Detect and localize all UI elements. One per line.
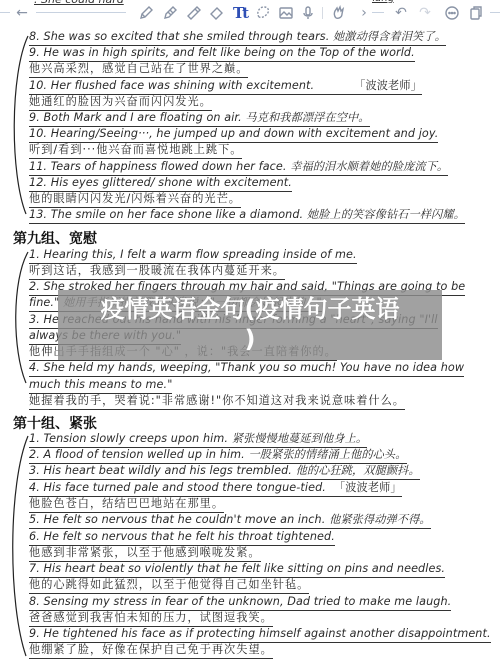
chevron-right-icon: › — [361, 5, 367, 21]
note-line: 4. She held my hands, weeping, "Thank yo… — [29, 361, 464, 377]
insert-image-button[interactable] — [276, 3, 296, 23]
overlay-title: 疫情英语金句(疫情句子英语 — [58, 290, 442, 326]
text-tool-icon: Tt — [233, 4, 247, 22]
eraser-tool-button[interactable] — [207, 3, 227, 23]
more-tools-button[interactable]: › — [354, 3, 374, 23]
overlay-title-continuation: ) — [58, 324, 442, 354]
more-icon — [444, 5, 460, 21]
highlighter-icon — [186, 5, 202, 21]
microphone-icon — [300, 5, 316, 21]
note-line: 他绷紧了脸，好像在保护自己免于再次失望。 — [29, 643, 273, 659]
note-line: 13. The smile on her face shone like a d… — [29, 208, 465, 224]
note-line: 爸爸感觉到我害怕未知的压力，试图逗我笑。 — [29, 611, 273, 627]
watermark-tag: 「波波老师」 — [334, 481, 402, 494]
note-line: 9. He tightened his face as if protectin… — [29, 627, 491, 643]
note-line: 10. Her flushed face was shining with ex… — [29, 79, 422, 95]
note-line-text: 10. Her flushed face was shining with ex… — [29, 79, 314, 92]
more-options-button[interactable] — [442, 3, 462, 23]
image-icon — [278, 5, 294, 21]
pen-icon — [138, 5, 154, 21]
note-line: 8. She was so excited that she smiled th… — [29, 30, 446, 46]
note-line: 6. He felt so nervous that he felt his t… — [29, 530, 335, 546]
section-heading-group9: 第九组、宽慰 — [13, 228, 97, 248]
note-line: much this means to me." — [29, 378, 172, 394]
note-line: 11. Tears of happiness flowed down her f… — [29, 160, 448, 176]
article-title-overlay: 疫情英语金句(疫情句子英语 ) — [58, 290, 442, 360]
undo-icon: ↶ — [395, 5, 407, 21]
note-line: 2. A flood of tension welled up in him. … — [29, 448, 407, 464]
note-line: 5. He felt so nervous that he couldn't m… — [29, 513, 431, 529]
note-line: 10. Hearing/Seeing···, he jumped up and … — [29, 127, 438, 143]
lasso-icon — [255, 5, 271, 21]
bracket-decoration — [6, 34, 30, 216]
redo-icon: ↷ — [419, 5, 431, 21]
redo-button[interactable]: ↷ — [415, 3, 435, 23]
eraser-icon — [209, 5, 225, 21]
note-line: 他感到非常紧张，以至于他感到喉咙发紧。 — [29, 546, 261, 562]
note-line: 9. He was in high spirits, and felt like… — [29, 46, 415, 62]
note-line: 1. Tension slowly creeps upon him. 紧张慢慢地… — [29, 432, 367, 448]
divider — [36, 12, 126, 13]
note-line: 她通红的脸因为兴奋而闪闪发光。 — [29, 95, 212, 111]
bracket-decoration — [6, 250, 30, 385]
section-heading-group10: 第十组、紧张 — [13, 413, 97, 433]
note-toolbar: . She could hard lang ← Tt › ↶ ↷ — [0, 0, 500, 26]
record-audio-button[interactable] — [298, 3, 318, 23]
hand-draw-icon — [331, 5, 347, 21]
arrow-left-icon: ← — [16, 5, 28, 21]
hand-draw-button[interactable] — [329, 3, 349, 23]
divider — [490, 12, 500, 13]
lasso-tool-button[interactable] — [253, 3, 273, 23]
note-line-text: 4. His face turned pale and stood there … — [29, 481, 326, 494]
page-overview-button[interactable] — [466, 3, 486, 23]
marker-icon — [162, 5, 178, 21]
note-line: 他的心跳得如此猛烈，以至于他觉得自己如坐针毡。 — [29, 578, 309, 594]
note-line: 12. His eyes glittered/ shone with excit… — [29, 176, 292, 192]
note-line: 她握着我的手，哭着说:"非常感谢!"你不知道这对我来说意味着什么。 — [29, 394, 405, 410]
undo-button[interactable]: ↶ — [391, 3, 411, 23]
pen-tool-button[interactable] — [136, 3, 156, 23]
marker-tool-button[interactable] — [160, 3, 180, 23]
bracket-decoration — [6, 434, 30, 658]
note-line: 8. Sensing my stress in fear of the unkn… — [29, 595, 451, 611]
watermark-tag: 「波波老师」 — [354, 79, 422, 92]
highlighter-tool-button[interactable] — [184, 3, 204, 23]
note-line: 听到/看到···他兴奋而喜悦地跳上跳下。 — [29, 143, 242, 159]
previous-page-peek-text: . She could hard — [34, 0, 124, 6]
note-line: 9. Both Mark and I are floating on air. … — [29, 111, 370, 127]
divider — [0, 12, 10, 13]
note-line: 他的眼睛闪闪发光/闪烁着兴奋的光芒。 — [29, 192, 241, 208]
note-line: 听到这话，我感到一股暖流在我体内蔓延开来。 — [29, 264, 285, 280]
note-line: 1. Hearing this, I felt a warm flow spre… — [29, 248, 357, 264]
note-line: 他兴高采烈，感觉自己站在了世界之巅。 — [29, 62, 248, 78]
note-line: 4. His face turned pale and stood there … — [29, 481, 402, 497]
pages-icon — [468, 5, 484, 21]
note-line: 他脸色苍白，结结巴巴地站在那里。 — [29, 497, 224, 513]
text-tool-button[interactable]: Tt — [230, 3, 250, 23]
note-line: 7. His heart beat so violently that he f… — [29, 562, 445, 578]
back-button[interactable]: ← — [12, 3, 32, 23]
toolbar-separator — [322, 7, 323, 19]
note-line: 3. His heart beat wildly and his legs tr… — [29, 464, 420, 480]
